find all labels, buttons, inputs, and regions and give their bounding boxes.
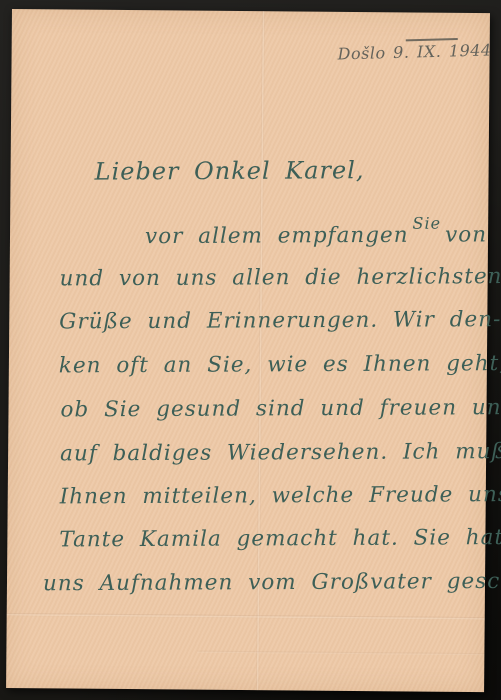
salutation: Lieber Onkel Karel, <box>95 156 365 185</box>
body-line: auf baldiges Wiedersehen. Ich muß <box>60 439 501 466</box>
horizontal-fold-crease <box>7 613 485 620</box>
letter-photo: Došlo 9. IX. 1944 Lieber Onkel Karel, vo… <box>0 0 501 700</box>
body-line: uns Aufnahmen vom Großvater geschickt, <box>43 569 501 597</box>
body-line: ob Sie gesund sind und freuen uns <box>60 395 501 422</box>
body-line: Grüße und Erinnerungen. Wir den- <box>59 307 501 334</box>
body-line-text: von mir <box>445 222 501 248</box>
horizontal-fold-crease-lower <box>198 651 485 656</box>
body-line: Tante Kamila gemacht hat. Sie hat <box>59 525 501 552</box>
body-line-opening: vor allem empfangenSievon mir <box>145 222 501 249</box>
body-line: Ihnen mitteilen, welche Freude uns <box>60 482 501 509</box>
received-date-note: Došlo 9. IX. 1944 <box>337 41 487 64</box>
inserted-word: Sie <box>412 214 441 233</box>
body-line-text: vor allem empfangen <box>145 223 409 249</box>
body-line: und von uns allen die herzlichsten <box>60 264 501 291</box>
body-line: ken oft an Sie, wie es Ihnen geht, <box>59 351 501 378</box>
letter-paper: Došlo 9. IX. 1944 Lieber Onkel Karel, vo… <box>6 9 490 692</box>
